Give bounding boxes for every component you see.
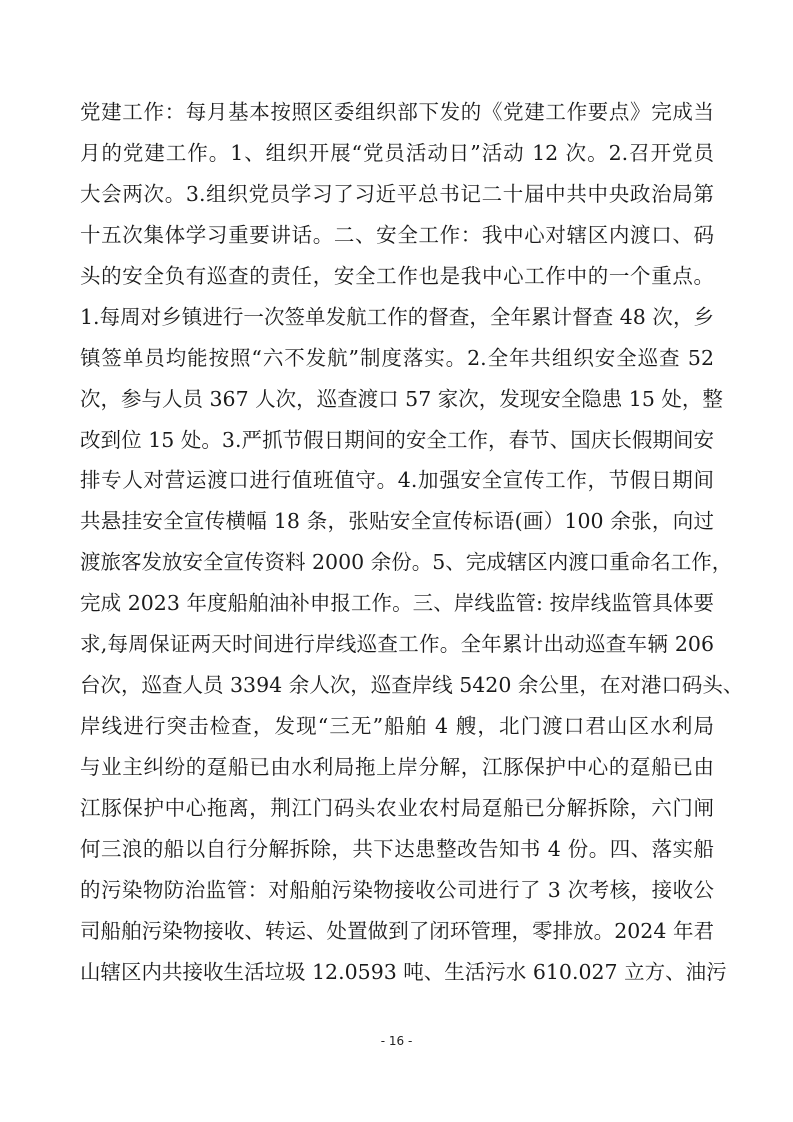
text-line: 共悬挂安全宣传横幅 18 条，张贴安全宣传标语(画）100 余张，向过 <box>80 501 714 542</box>
document-page: 党建工作：每月基本按照区委组织部下发的《党建工作要点》完成当 月的党建工作。1、… <box>0 0 793 1122</box>
text-line: 何三浪的船以自行分解拆除，共下达患整改告知书 4 份。四、落实船 <box>80 829 714 870</box>
text-line: 司船舶污染物接收、转运、处置做到了闭环管理，零排放。2024 年君 <box>80 911 714 952</box>
text-line: 大会两次。3.组织党员学习了习近平总书记二十届中共中央政治局第 <box>80 174 714 215</box>
text-line: 台次，巡查人员 3394 余人次，巡查岸线 5420 余公里，在对港口码头、 <box>80 665 714 706</box>
text-line: 岸线进行突击检查，发现“三无”船舶 4 艘，北门渡口君山区水利局 <box>80 706 714 747</box>
text-line: 山辖区内共接收生活垃圾 12.0593 吨、生活污水 610.027 立方、油污 <box>80 952 714 993</box>
text-line: 排专人对营运渡口进行值班值守。4.加强安全宣传工作，节假日期间 <box>80 460 714 501</box>
text-line: 镇签单员均能按照“六不发航”制度落实。2.全年共组织安全巡查 52 <box>80 338 714 379</box>
text-line: 的污染物防治监管：对船舶污染物接收公司进行了 3 次考核，接收公 <box>80 870 714 911</box>
page-number: - 16 - <box>0 1034 793 1048</box>
text-line: 月的党建工作。1、组织开展“党员活动日”活动 12 次。2.召开党员 <box>80 133 714 174</box>
text-line: 党建工作：每月基本按照区委组织部下发的《党建工作要点》完成当 <box>80 92 714 133</box>
text-line: 渡旅客发放安全宣传资料 2000 余份。5、完成辖区内渡口重命名工作， <box>80 542 714 583</box>
text-line: 与业主纠纷的趸船已由水利局拖上岸分解，江豚保护中心的趸船已由 <box>80 747 714 788</box>
text-line: 完成 2023 年度船舶油补申报工作。三、岸线监管: 按岸线监管具体要 <box>80 583 714 624</box>
text-line: 头的安全负有巡查的责任，安全工作也是我中心工作中的一个重点。 <box>80 256 714 297</box>
text-line: 求,每周保证两天时间进行岸线巡查工作。全年累计出动巡查车辆 206 <box>80 624 714 665</box>
text-line: 1.每周对乡镇进行一次签单发航工作的督查，全年累计督查 48 次，乡 <box>80 297 714 338</box>
text-line: 十五次集体学习重要讲话。二、安全工作：我中心对辖区内渡口、码 <box>80 215 714 256</box>
text-line: 江豚保护中心拖离，荆江门码头农业农村局趸船已分解拆除，六门闸 <box>80 788 714 829</box>
body-text: 党建工作：每月基本按照区委组织部下发的《党建工作要点》完成当 月的党建工作。1、… <box>80 92 714 993</box>
text-line: 改到位 15 处。3.严抓节假日期间的安全工作，春节、国庆长假期间安 <box>80 420 714 461</box>
text-line: 次，参与人员 367 人次，巡查渡口 57 家次，发现安全隐患 15 处，整 <box>80 379 714 420</box>
